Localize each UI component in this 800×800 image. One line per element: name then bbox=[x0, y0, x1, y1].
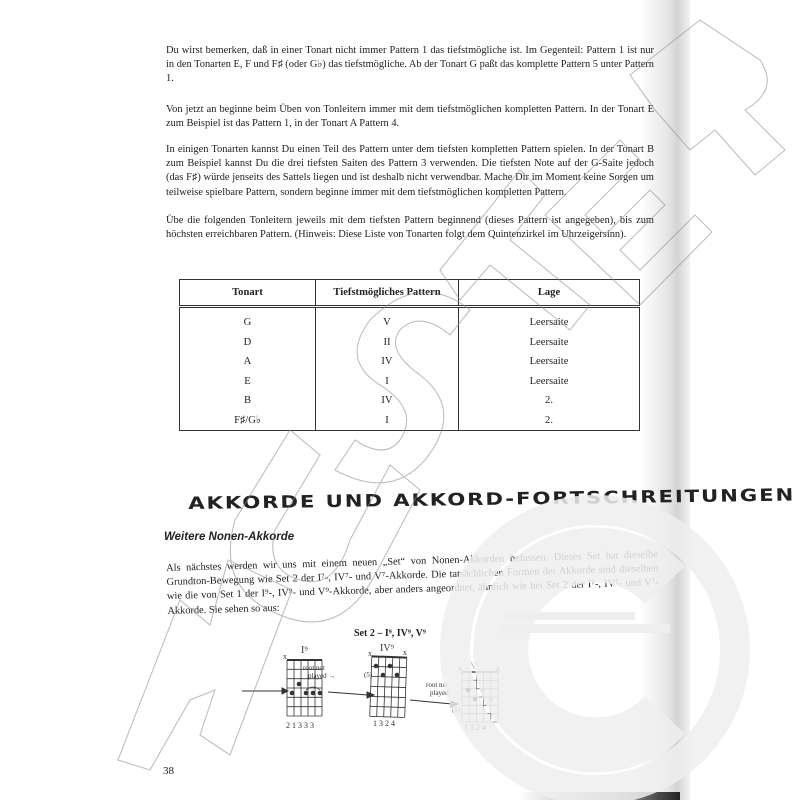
table-row: EILeersaite bbox=[180, 372, 640, 392]
table-cell: Leersaite bbox=[459, 333, 640, 353]
page-edge bbox=[520, 792, 680, 800]
svg-text:root not: root not bbox=[426, 681, 448, 689]
arrow-icon bbox=[328, 692, 374, 698]
paragraph-1: Du wirst bemerken, daß in einer Tonart n… bbox=[166, 44, 654, 87]
table-cell: 2. bbox=[459, 411, 640, 431]
svg-text:x: x bbox=[496, 664, 500, 673]
svg-text:played →: played → bbox=[308, 672, 335, 680]
fingering-v9: 1 3 2 4 bbox=[464, 723, 486, 732]
table-row: BIV2. bbox=[180, 391, 640, 411]
paragraph-4: Übe die folgenden Tonleitern jeweils mit… bbox=[166, 214, 654, 242]
table-cell: V bbox=[316, 307, 459, 333]
annotation-root-not-played: root not bbox=[303, 664, 325, 672]
table-cell: Leersaite bbox=[459, 307, 640, 333]
chord-name-v9: V⁹ bbox=[470, 661, 481, 672]
col-header-pattern: Tiefstmögliches Pattern bbox=[316, 280, 459, 307]
col-header-lage: Lage bbox=[459, 280, 640, 307]
fingering-i9: 2 1 3 3 3 bbox=[286, 721, 314, 730]
table-cell: I bbox=[316, 372, 459, 392]
chord-name-iv9: IV⁹ bbox=[380, 643, 395, 654]
table-cell: I bbox=[316, 411, 459, 431]
svg-text:x: x bbox=[458, 664, 462, 673]
table-row: F♯/G♭I2. bbox=[180, 411, 640, 431]
table-cell: 2. bbox=[459, 391, 640, 411]
document-page: Du wirst bemerken, daß in einer Tonart n… bbox=[0, 0, 800, 800]
arrow-icon bbox=[410, 700, 458, 707]
table-cell: A bbox=[180, 352, 316, 372]
table-cell: IV bbox=[316, 391, 459, 411]
table-header-row: Tonart Tiefstmögliches Pattern Lage bbox=[180, 280, 640, 307]
figure-title: Set 2 – I⁹, IV⁹, V⁹ bbox=[354, 628, 426, 639]
table-cell: Leersaite bbox=[459, 372, 640, 392]
chord-diagram-v9 bbox=[462, 672, 498, 722]
table-cell: II bbox=[316, 333, 459, 353]
muted-string-marker: x bbox=[283, 652, 287, 661]
chord-name-i9: I⁹ bbox=[301, 645, 308, 656]
table-cell: E bbox=[180, 372, 316, 392]
svg-text:played: played bbox=[430, 689, 449, 697]
page-number: 38 bbox=[163, 765, 174, 777]
col-header-tonart: Tonart bbox=[180, 280, 316, 307]
arrow-icon bbox=[242, 688, 288, 694]
key-pattern-table: Tonart Tiefstmögliches Pattern Lage GVLe… bbox=[179, 279, 640, 431]
table-cell: B bbox=[180, 391, 316, 411]
svg-text:x: x bbox=[403, 648, 407, 657]
table-cell: D bbox=[180, 333, 316, 353]
table-row: AIVLeersaite bbox=[180, 352, 640, 372]
table-cell: G bbox=[180, 307, 316, 333]
table-cell: F♯/G♭ bbox=[180, 411, 316, 431]
svg-text:x: x bbox=[368, 649, 372, 658]
table-row: GVLeersaite bbox=[180, 307, 640, 333]
table-cell: IV bbox=[316, 352, 459, 372]
paragraph-2: Von jetzt an beginne beim Üben von Tonle… bbox=[166, 103, 654, 131]
fingering-iv9: 1 3 2 4 bbox=[373, 719, 395, 728]
section-paragraph: Als nächstes werden wir uns mit einem ne… bbox=[166, 548, 659, 619]
subsection-title: Weitere Nonen-Akkorde bbox=[164, 531, 294, 543]
svg-text:(5): (5) bbox=[452, 706, 461, 714]
chord-diagrams: I⁹ x 2 1 3 3 3 root not played → (5) IV⁹… bbox=[230, 640, 530, 750]
page-margin bbox=[690, 0, 800, 800]
table-row: DIILeersaite bbox=[180, 333, 640, 353]
table-cell: Leersaite bbox=[459, 352, 640, 372]
paragraph-3: In einigen Tonarten kannst Du einen Teil… bbox=[166, 143, 654, 200]
